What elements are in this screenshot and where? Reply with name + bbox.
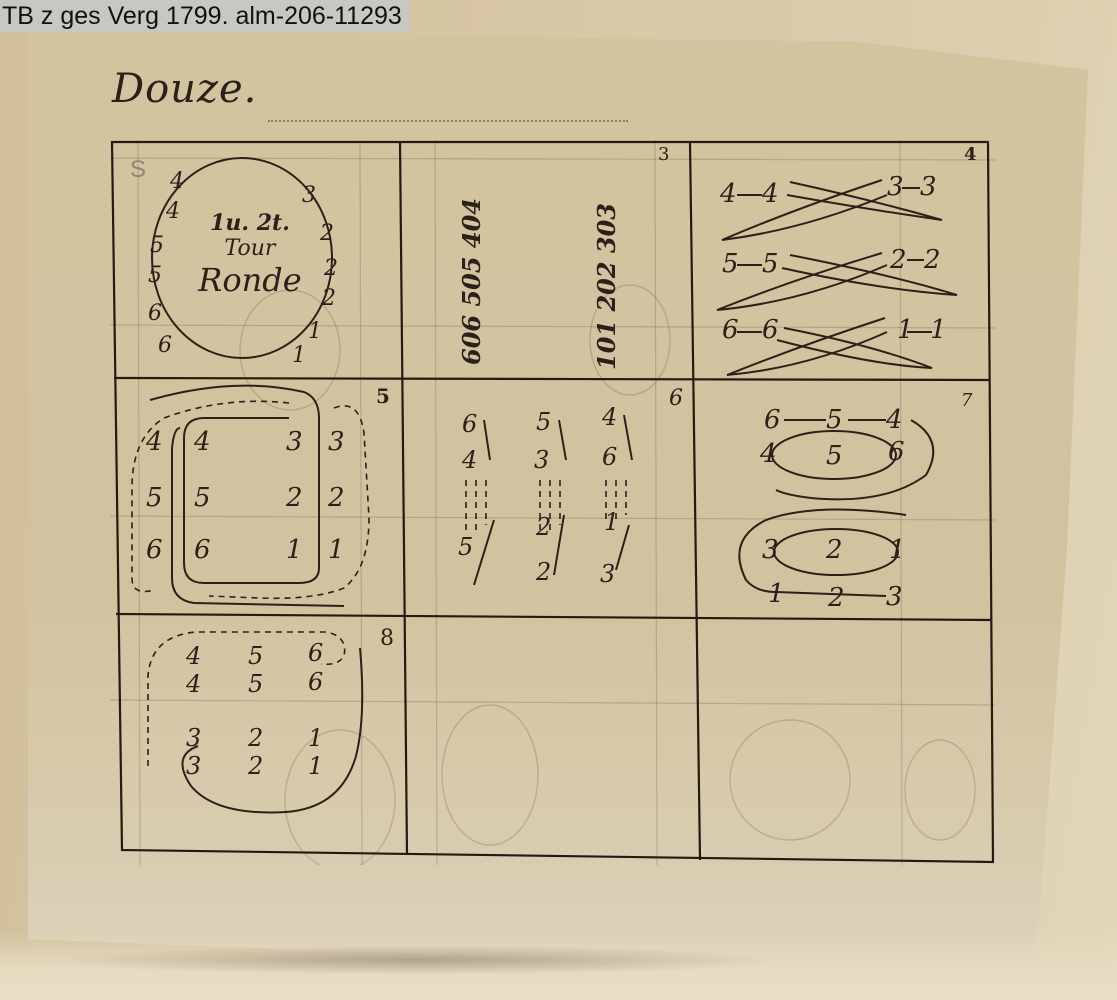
ovals-figure-drawing: 654 456 321 123 (696, 380, 994, 620)
figure-label: 1u. 2t. Tour Ronde (190, 210, 310, 299)
dancer-2: 2 (323, 256, 338, 281)
svg-text:3: 3 (328, 427, 345, 457)
svg-text:6: 6 (308, 639, 323, 667)
dancer-4: 4 (165, 199, 180, 224)
figure-cell-8: 44 55 66 33 22 11 8 (116, 616, 408, 856)
dancer-6: 6 (158, 333, 172, 358)
svg-text:1: 1 (328, 535, 345, 565)
svg-text:2: 2 (247, 752, 263, 780)
dancer-6: 6 (148, 301, 162, 326)
svg-text:4: 4 (885, 405, 903, 435)
svg-text:1: 1 (768, 579, 785, 609)
label-line-1: 1u. 2t. (190, 210, 310, 236)
svg-text:4: 4 (759, 439, 777, 469)
figure-grid: 4 4 5 5 6 6 3 2 2 2 1 1 1u. 2t. Tour Ron… (110, 140, 995, 865)
svg-text:2: 2 (535, 513, 551, 541)
svg-text:6: 6 (722, 315, 739, 345)
svg-text:3: 3 (886, 582, 903, 612)
svg-text:1: 1 (308, 724, 323, 752)
svg-text:5: 5 (826, 441, 843, 471)
dancer-4: 4 (169, 169, 184, 194)
label-line-2: Tour (190, 236, 310, 261)
dancer-5: 5 (148, 263, 162, 288)
figure-cell-4: 44 33 55 22 66 11 4 (692, 140, 992, 380)
title-text: Douze (112, 66, 244, 112)
svg-text:4: 4 (185, 670, 201, 698)
svg-text:3: 3 (600, 560, 615, 588)
pairs-figure-drawing: 44 55 66 33 22 11 (116, 616, 408, 856)
label-line-3: Ronde (190, 261, 310, 299)
svg-text:5: 5 (536, 408, 551, 436)
svg-text:4: 4 (193, 427, 211, 457)
svg-text:1: 1 (930, 315, 947, 345)
svg-text:3: 3 (186, 752, 201, 780)
svg-text:4: 4 (761, 179, 779, 209)
column-left-text: 606 505 404 (457, 198, 486, 365)
figure-cell-6: 645 5322 4613 6 (404, 380, 696, 618)
svg-text:2: 2 (285, 483, 303, 513)
svg-text:6: 6 (602, 443, 617, 471)
svg-text:1: 1 (286, 535, 303, 565)
svg-text:4: 4 (185, 642, 201, 670)
svg-text:5: 5 (248, 642, 263, 670)
svg-text:2: 2 (923, 245, 941, 275)
figure-number: 4 (964, 144, 977, 165)
figure-cell-7: 654 456 321 123 7 (696, 380, 994, 620)
title-dotted-rule (268, 120, 628, 122)
figure-cell-5: 456 456 321 321 5 (114, 378, 404, 616)
svg-text:2: 2 (535, 558, 551, 586)
svg-text:6: 6 (764, 405, 781, 435)
columns-figure-drawing: 606 505 404 101 202 303 (400, 140, 692, 378)
svg-text:3: 3 (920, 172, 937, 202)
svg-text:2: 2 (247, 724, 263, 752)
svg-text:2: 2 (827, 583, 845, 613)
columns-crossing-drawing: 645 5322 4613 (404, 380, 696, 618)
svg-text:4: 4 (601, 403, 617, 431)
svg-text:2: 2 (825, 535, 843, 565)
dancer-1: 1 (308, 319, 322, 344)
watermark-letter: S (130, 156, 146, 184)
svg-text:5: 5 (762, 249, 779, 279)
svg-text:4: 4 (461, 446, 477, 474)
figure-number: 3 (658, 144, 669, 165)
svg-text:3: 3 (534, 446, 549, 474)
dancer-3: 3 (302, 183, 316, 208)
svg-text:5: 5 (722, 249, 739, 279)
title-suffix: . (244, 66, 258, 112)
svg-text:6: 6 (194, 535, 211, 565)
figure-cell-empty-2 (698, 620, 990, 860)
dancer-5: 5 (150, 233, 164, 258)
svg-text:3: 3 (762, 535, 779, 565)
ink-smudge (60, 945, 780, 975)
dancer-2: 2 (321, 286, 336, 311)
svg-text:5: 5 (248, 670, 263, 698)
figure-cell-1: 4 4 5 5 6 6 3 2 2 2 1 1 1u. 2t. Tour Ron… (110, 140, 400, 378)
svg-text:2: 2 (889, 245, 907, 275)
dancer-1: 1 (292, 343, 306, 368)
svg-text:5: 5 (194, 483, 211, 513)
svg-text:3: 3 (887, 172, 904, 202)
svg-text:5: 5 (458, 533, 473, 561)
figure-number: 5 (376, 384, 390, 408)
svg-text:6: 6 (462, 410, 477, 438)
svg-text:6: 6 (146, 535, 163, 565)
svg-text:4: 4 (719, 179, 737, 209)
svg-text:2: 2 (327, 483, 345, 513)
figure-number: 7 (961, 390, 972, 411)
svg-text:1: 1 (604, 508, 619, 536)
figure-cell-empty-1 (406, 620, 696, 860)
loops-figure-drawing: 456 456 321 321 (114, 378, 404, 616)
svg-text:1: 1 (897, 315, 914, 345)
page-title: Douze. (112, 66, 257, 112)
image-caption: TB z ges Verg 1799. alm-206-11293 (0, 0, 410, 32)
svg-text:3: 3 (286, 427, 303, 457)
svg-text:6: 6 (762, 315, 779, 345)
svg-text:1: 1 (308, 752, 323, 780)
svg-text:6: 6 (308, 668, 323, 696)
dancer-2: 2 (319, 221, 334, 246)
figure-number: 6 (669, 386, 683, 411)
crossing-figure-drawing: 44 33 55 22 66 11 (692, 140, 992, 380)
figure-number: 8 (380, 626, 394, 651)
svg-text:4: 4 (145, 427, 163, 457)
svg-text:5: 5 (146, 483, 163, 513)
column-right-text: 101 202 303 (592, 203, 621, 370)
figure-cell-3: 606 505 404 101 202 303 3 (400, 140, 692, 378)
